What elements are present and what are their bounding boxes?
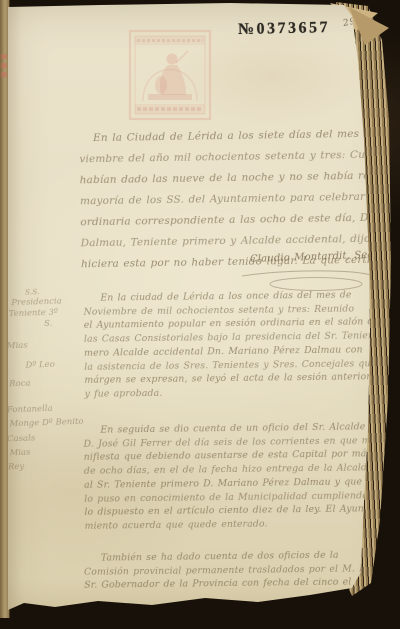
- margin-note: Casals: [7, 432, 84, 446]
- margin-note: Mias: [9, 446, 84, 460]
- revenue-stamp: [128, 29, 212, 121]
- margin-note: Monge Dº Benito: [9, 417, 83, 431]
- seated-figure-icon: [128, 29, 212, 121]
- margin-note: Roca: [9, 377, 82, 391]
- margin-note: Fontanella: [7, 403, 83, 417]
- handwritten-line: Sr. Gobernador de la Provincia con fecha…: [84, 576, 374, 593]
- margin-note: Rey: [8, 460, 85, 474]
- handwritten-line: miento acuerda que quede enterado.: [85, 516, 375, 533]
- document-page: №0373657 299 En la Ciudad de Lérida a lo…: [0, 0, 400, 629]
- scanned-document: №0373657 299 En la Ciudad de Lérida a lo…: [0, 0, 400, 629]
- handwritten-line: y fue aprobada.: [85, 384, 375, 401]
- stamp-remnant-marks: [1, 54, 7, 80]
- acta-paragraph-oficio-alcalde: En seguida se dio cuenta de un oficio de…: [83, 420, 374, 533]
- serial-number-stamp: №0373657: [238, 19, 330, 39]
- margin-note: Dº Leo: [25, 359, 81, 372]
- margin-attendees-list: S.S. Presidencia Teniente 3º S. Mias Dº …: [7, 285, 85, 473]
- acta-paragraph-oficios-comision: También se ha dado cuenta de dos oficios…: [84, 548, 374, 593]
- margin-note: S.: [44, 318, 80, 330]
- margin-note: Mias: [7, 339, 81, 353]
- acta-paragraph-session: En la ciudad de Lérida a los once días d…: [83, 288, 374, 401]
